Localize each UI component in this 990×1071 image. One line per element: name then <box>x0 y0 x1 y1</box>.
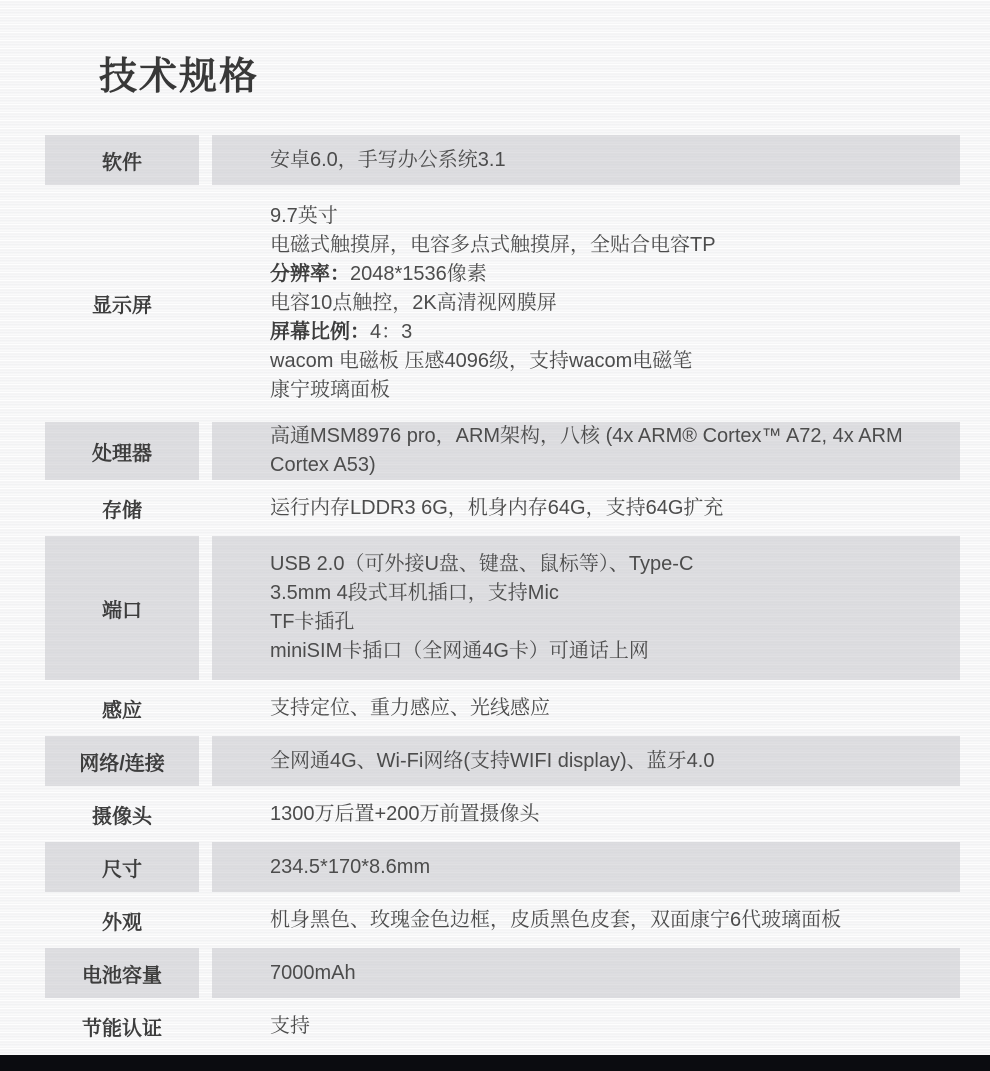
spec-row-battery: 电池容量7000mAh <box>45 947 960 999</box>
spec-label: 节能认证 <box>82 1012 162 1041</box>
spec-row-camera: 摄像头1300万后置+200万前置摄像头 <box>45 788 960 840</box>
spec-value-cell: 运行内存LDDR3 6G，机身内存64G，支持64G扩充 <box>212 483 960 533</box>
spec-label: 电池容量 <box>82 959 162 988</box>
bottom-dark-bar <box>0 1055 990 1071</box>
spec-line: 屏幕比例：4：3 <box>270 318 960 347</box>
spec-line: USB 2.0（可外接U盘、键盘、鼠标等）、Type-C <box>270 550 960 579</box>
spec-text: 4：3 <box>370 321 412 343</box>
spec-row-network: 网络/连接全网通4G、Wi-Fi网络(支持WIFI display)、蓝牙4.0 <box>45 735 960 787</box>
spec-row-storage: 存储运行内存LDDR3 6G，机身内存64G，支持64G扩充 <box>45 482 960 534</box>
spec-text: 电磁式触摸屏，电容多点式触摸屏，全贴合电容TP <box>270 234 716 256</box>
spec-text: 3.5mm 4段式耳机插口，支持Mic <box>270 582 559 604</box>
spec-label: 软件 <box>102 146 142 175</box>
spec-line: 高通MSM8976 pro，ARM架构，八核 (4x ARM® Cortex™ … <box>270 422 960 480</box>
spec-line: 康宁玻璃面板 <box>270 376 960 405</box>
spec-value-cell: 1300万后置+200万前置摄像头 <box>212 789 960 839</box>
spec-text: 9.7英寸 <box>270 205 338 227</box>
spec-line: 分辨率：2048*1536像素 <box>270 260 960 289</box>
spec-label-cell: 网络/连接 <box>45 736 199 786</box>
spec-label-cell: 感应 <box>45 683 199 733</box>
spec-text: 康宁玻璃面板 <box>270 379 390 401</box>
spec-value-cell: 安卓6.0，手写办公系统3.1 <box>212 135 960 185</box>
spec-line: TF卡插孔 <box>270 608 960 637</box>
spec-row-software: 软件安卓6.0，手写办公系统3.1 <box>45 134 960 186</box>
spec-label-cell: 外观 <box>45 895 199 945</box>
spec-row-display: 显示屏9.7英寸电磁式触摸屏，电容多点式触摸屏，全贴合电容TP分辨率：2048*… <box>45 187 960 420</box>
spec-text: 支持定位、重力感应、光线感应 <box>270 697 550 719</box>
spec-value-cell: 机身黑色、玫瑰金色边框，皮质黑色皮套，双面康宁6代玻璃面板 <box>212 895 960 945</box>
spec-row-dimensions: 尺寸234.5*170*8.6mm <box>45 841 960 893</box>
spec-value-cell: 高通MSM8976 pro，ARM架构，八核 (4x ARM® Cortex™ … <box>212 422 960 480</box>
spec-label-cell: 显示屏 <box>45 188 199 419</box>
spec-value-cell: 全网通4G、Wi-Fi网络(支持WIFI display)、蓝牙4.0 <box>212 736 960 786</box>
spec-text: USB 2.0（可外接U盘、键盘、鼠标等）、Type-C <box>270 553 693 575</box>
spec-label: 处理器 <box>92 437 152 466</box>
spec-table: 软件安卓6.0，手写办公系统3.1显示屏9.7英寸电磁式触摸屏，电容多点式触摸屏… <box>45 134 960 1053</box>
spec-value-cell: USB 2.0（可外接U盘、键盘、鼠标等）、Type-C3.5mm 4段式耳机插… <box>212 536 960 680</box>
spec-line: 1300万后置+200万前置摄像头 <box>270 800 540 829</box>
spec-text: wacom 电磁板 压感4096级，支持wacom电磁笔 <box>270 350 692 372</box>
spec-text: 1300万后置+200万前置摄像头 <box>270 803 540 825</box>
spec-row-processor: 处理器高通MSM8976 pro，ARM架构，八核 (4x ARM® Corte… <box>45 421 960 481</box>
spec-label: 外观 <box>102 906 142 935</box>
spec-line: 234.5*170*8.6mm <box>270 853 430 882</box>
spec-label-cell: 电池容量 <box>45 948 199 998</box>
spec-line: 支持 <box>270 1012 310 1041</box>
spec-label-cell: 尺寸 <box>45 842 199 892</box>
page-title: 技术规格 <box>99 56 990 98</box>
spec-line: wacom 电磁板 压感4096级，支持wacom电磁笔 <box>270 347 960 376</box>
spec-line: 全网通4G、Wi-Fi网络(支持WIFI display)、蓝牙4.0 <box>270 747 714 776</box>
spec-label-cell: 处理器 <box>45 422 199 480</box>
spec-text: 234.5*170*8.6mm <box>270 856 430 878</box>
spec-text: 运行内存LDDR3 6G，机身内存64G，支持64G扩充 <box>270 497 723 519</box>
spec-line: 9.7英寸 <box>270 202 960 231</box>
spec-text: 2048*1536像素 <box>350 263 487 285</box>
spec-label: 尺寸 <box>102 853 142 882</box>
spec-text: 机身黑色、玫瑰金色边框，皮质黑色皮套，双面康宁6代玻璃面板 <box>270 909 841 931</box>
spec-line: 7000mAh <box>270 959 356 988</box>
spec-value-cell: 支持 <box>212 1001 960 1051</box>
spec-text: 高通MSM8976 pro，ARM架构，八核 (4x ARM® Cortex™ … <box>270 425 903 476</box>
spec-label-cell: 端口 <box>45 536 199 680</box>
spec-text: 全网通4G、Wi-Fi网络(支持WIFI display)、蓝牙4.0 <box>270 750 714 772</box>
spec-label-cell: 摄像头 <box>45 789 199 839</box>
spec-line: 电磁式触摸屏，电容多点式触摸屏，全贴合电容TP <box>270 231 960 260</box>
spec-label: 端口 <box>102 594 142 623</box>
spec-line: 运行内存LDDR3 6G，机身内存64G，支持64G扩充 <box>270 494 723 523</box>
spec-row-appearance: 外观机身黑色、玫瑰金色边框，皮质黑色皮套，双面康宁6代玻璃面板 <box>45 894 960 946</box>
spec-line: 支持定位、重力感应、光线感应 <box>270 694 550 723</box>
spec-text: 7000mAh <box>270 962 356 984</box>
spec-text: 分辨率： <box>270 263 350 285</box>
spec-text: 支持 <box>270 1015 310 1037</box>
spec-value-cell: 支持定位、重力感应、光线感应 <box>212 683 960 733</box>
spec-line: 电容10点触控，2K高清视网膜屏 <box>270 289 960 318</box>
spec-row-energy: 节能认证支持 <box>45 1000 960 1052</box>
spec-label: 感应 <box>102 694 142 723</box>
spec-label-cell: 软件 <box>45 135 199 185</box>
spec-text: 电容10点触控，2K高清视网膜屏 <box>270 292 557 314</box>
spec-text: 安卓6.0，手写办公系统3.1 <box>270 149 506 171</box>
spec-row-ports: 端口USB 2.0（可外接U盘、键盘、鼠标等）、Type-C3.5mm 4段式耳… <box>45 535 960 681</box>
spec-value-cell: 234.5*170*8.6mm <box>212 842 960 892</box>
spec-value-cell: 9.7英寸电磁式触摸屏，电容多点式触摸屏，全贴合电容TP分辨率：2048*153… <box>212 188 960 419</box>
spec-row-sensors: 感应支持定位、重力感应、光线感应 <box>45 682 960 734</box>
spec-label: 存储 <box>102 494 142 523</box>
spec-text: TF卡插孔 <box>270 611 354 633</box>
spec-label: 网络/连接 <box>79 747 165 776</box>
spec-label-cell: 节能认证 <box>45 1001 199 1051</box>
spec-line: 3.5mm 4段式耳机插口，支持Mic <box>270 579 960 608</box>
spec-label: 摄像头 <box>92 800 152 829</box>
spec-text: 屏幕比例： <box>270 321 370 343</box>
spec-label-cell: 存储 <box>45 483 199 533</box>
spec-line: 机身黑色、玫瑰金色边框，皮质黑色皮套，双面康宁6代玻璃面板 <box>270 906 841 935</box>
spec-text: miniSIM卡插口（全网通4G卡）可通话上网 <box>270 640 649 662</box>
page-header: 技术规格 <box>0 0 990 98</box>
spec-line: miniSIM卡插口（全网通4G卡）可通话上网 <box>270 637 960 666</box>
spec-line: 安卓6.0，手写办公系统3.1 <box>270 146 506 175</box>
spec-value-cell: 7000mAh <box>212 948 960 998</box>
spec-label: 显示屏 <box>92 289 152 318</box>
